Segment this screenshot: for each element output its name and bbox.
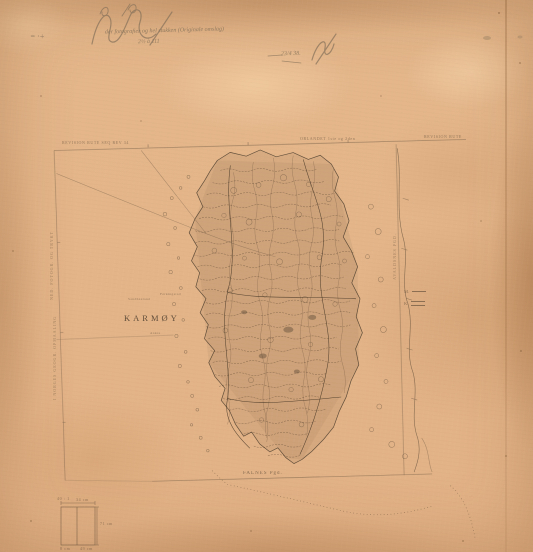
place-label-2: Ferkingstad: [160, 292, 181, 296]
place-label-1: Sandhaaland: [128, 297, 150, 301]
map-edge-label-top-left: REVISION RUTE SEQ REV 34: [62, 140, 129, 145]
place-label-3: Aakre: [150, 331, 161, 335]
strait-islands: [365, 204, 408, 459]
bottom-edge-parish-label: FALNES Pgd.: [243, 471, 283, 476]
island-outline: [188, 149, 364, 465]
legend-line-icon: [412, 291, 426, 292]
map-canvas: [0, 0, 533, 552]
island-name-label: KARMØY: [124, 313, 180, 323]
map-edge-label-left-upper: NED. FOTOGR. OG TRYKT: [49, 238, 54, 300]
scale-top-label: 34 cm: [76, 497, 89, 502]
legend-key-1: M.: [404, 289, 409, 294]
scale-bottom-left-label: 8 cm: [60, 546, 70, 551]
map-edge-label-top-right: REVISION RUTE: [424, 134, 462, 139]
scanned-map-sheet: = ·+ der fotografier og hel stukken (Ori…: [0, 0, 533, 552]
corner-marks: = ·+: [30, 32, 45, 41]
legend-row-1: M.: [404, 289, 426, 294]
mainland-coast: [397, 148, 432, 472]
map-edge-label-left-lower: I NORGES GEOGR. OPMAALING: [52, 328, 57, 400]
handwritten-date-note: 23/4 38.: [281, 51, 301, 58]
legend-key-2: K.: [404, 301, 408, 306]
scale-bottom-right-label: 49 cm: [80, 546, 93, 551]
map-edge-label-right: AVALDSNES PGD.: [392, 230, 397, 280]
scale-right-label: 71 cm: [100, 521, 113, 526]
legend-row-2: K.: [404, 301, 425, 306]
sheet-layout-diagram: [61, 501, 99, 545]
handwritten-note-line2: 2½ à 111: [138, 39, 160, 46]
map-edge-label-top-mid: ORLANDET 1ste og 2den: [300, 136, 355, 141]
scale-ratio-label: 40 : 1: [57, 496, 70, 501]
legend-double-line-icon: [411, 301, 425, 306]
dotted-coast-south: [212, 467, 475, 540]
